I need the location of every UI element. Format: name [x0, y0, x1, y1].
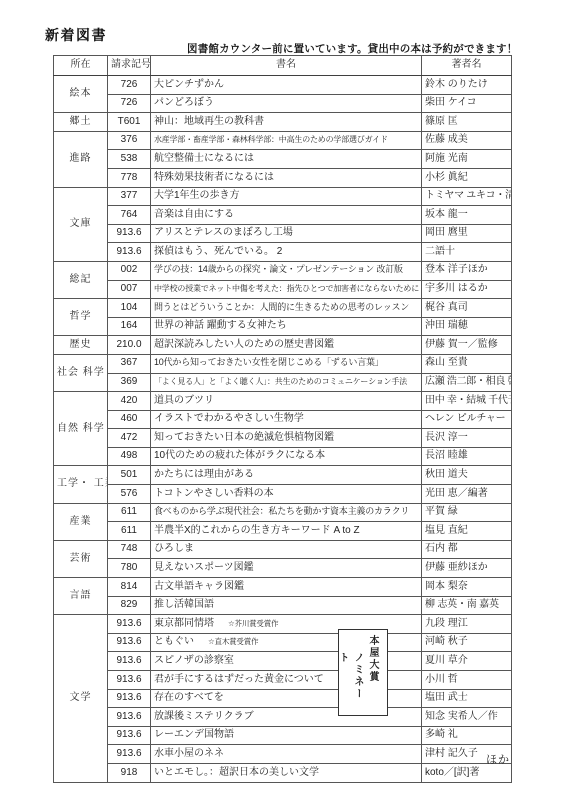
- table-row: 郷土T601神山：地域再生の教科書篠原 匡: [54, 113, 512, 132]
- table-row: 611半農半X的これからの生き方キーワード A to Z塩見 直紀: [54, 522, 512, 541]
- call-number-cell: 748: [108, 540, 151, 559]
- author-cell: 梶谷 真司: [422, 299, 512, 318]
- book-title-cell: レーエンデ国物語: [151, 726, 422, 745]
- book-title-text: 見えないスポーツ図鑑: [154, 562, 254, 573]
- author-cell: 長沢 淳一: [422, 429, 512, 448]
- category-cell: 絵本: [54, 76, 108, 113]
- book-title-text: 君が手にするはずだった黄金について: [154, 674, 324, 685]
- book-title-cell: 航空整備士になるには: [151, 150, 422, 169]
- table-row: 進路376水産学部・畜産学部・森林科学部：中高生のための学部選びガイド佐藤 成美: [54, 131, 512, 150]
- book-title-cell: 大学1年生の歩き方: [151, 187, 422, 206]
- book-title-text: 食べものから学ぶ現代社会：私たちを動かす資本主義のカラクリ: [154, 506, 409, 516]
- table-row: 総記002学びの技：14歳からの探究・論文・プレゼンテーション 改訂版登本 洋子…: [54, 261, 512, 280]
- author-cell: 秋田 道夫: [422, 466, 512, 485]
- book-title-cell: かたちには理由がある: [151, 466, 422, 485]
- book-title-text: 東京都同情塔: [154, 618, 214, 629]
- book-title-cell: 中学校の授業でネット中傷を考えた：指先ひとつで加害者にならないために: [151, 280, 422, 299]
- book-title-cell: 学びの技：14歳からの探究・論文・プレゼンテーション 改訂版: [151, 261, 422, 280]
- table-row: 460イラストでわかるやさしい生物学ヘレン ピルチャー: [54, 410, 512, 429]
- col-header-location: 所在: [54, 56, 108, 76]
- author-cell: 広瀬 浩二郎・相良 啓子: [422, 373, 512, 392]
- author-cell: 伊藤 亜紗ほか: [422, 559, 512, 578]
- book-title-text: ともぐい: [154, 636, 194, 647]
- book-title-text: レーエンデ国物語: [154, 729, 234, 740]
- table-row: 007中学校の授業でネット中傷を考えた：指先ひとつで加害者にならないために宇多川…: [54, 280, 512, 299]
- book-title-text: ひろしま: [154, 543, 194, 554]
- call-number-cell: 367: [108, 354, 151, 373]
- author-cell: 宇多川 はるか: [422, 280, 512, 299]
- book-title-text: 大ピンチずかん: [154, 79, 224, 90]
- book-title-text: 「よく見る人」と「よく聴く人」：共生のためのコミュニケーション手法: [154, 377, 407, 386]
- table-row: 576トコトンやさしい香料の本光田 恵／編著: [54, 485, 512, 504]
- book-title-cell: 問うとはどういうことか：人間的に生きるための思考のレッスン: [151, 299, 422, 318]
- author-cell: 伊藤 賀一／監修: [422, 336, 512, 355]
- table-row: 913.6ともぐい☆直木賞受賞作河崎 秋子: [54, 633, 512, 652]
- book-title-cell: 推し活韓国語: [151, 596, 422, 615]
- call-number-cell: 611: [108, 522, 151, 541]
- call-number-cell: 501: [108, 466, 151, 485]
- book-title-cell: 水車小屋のネネ: [151, 745, 422, 764]
- call-number-cell: 913.6: [108, 689, 151, 708]
- category-cell: 哲学: [54, 299, 108, 336]
- book-title-text: 推し活韓国語: [154, 599, 214, 610]
- book-title-cell: 食べものから学ぶ現代社会：私たちを動かす資本主義のカラクリ: [151, 503, 422, 522]
- category-cell: 文学: [54, 615, 108, 782]
- footer-note: ほか: [486, 751, 510, 767]
- table-row: 歴史210.0超訳深読みしたい人のための歴史書図鑑伊藤 賀一／監修: [54, 336, 512, 355]
- call-number-cell: 377: [108, 187, 151, 206]
- table-row: 913.6放課後ミステリクラブ知念 実希人／作: [54, 708, 512, 727]
- award-note-text: ☆直木賞受賞作: [208, 637, 258, 646]
- book-title-cell: 半農半X的これからの生き方キーワード A to Z: [151, 522, 422, 541]
- table-row: 自然 科学420道具のブツリ田中 幸・結城 千代子／文: [54, 392, 512, 411]
- call-number-cell: 420: [108, 392, 151, 411]
- book-title-text: 神山：地域再生の教科書: [154, 116, 264, 127]
- category-cell: 言語: [54, 578, 108, 615]
- book-title-cell: パンどろぼう: [151, 94, 422, 113]
- bookstore-award-callout: 本屋大賞 ノミネート: [338, 629, 388, 716]
- call-number-cell: 210.0: [108, 336, 151, 355]
- author-cell: 柳 志英・南 嘉英: [422, 596, 512, 615]
- table-row: 工学・ 工業501かたちには理由がある秋田 道夫: [54, 466, 512, 485]
- category-cell: 文庫: [54, 187, 108, 261]
- book-title-cell: いとエモし。：超訳日本の美しい文学: [151, 763, 422, 782]
- book-title-text: アリスとテレスのまぼろし工場: [154, 227, 293, 238]
- table-row: 164世界の神話 躍動する女神たち沖田 瑞穂: [54, 317, 512, 336]
- table-row: 文庫377大学1年生の歩き方トミヤマ ユキコ・清田 隆之: [54, 187, 512, 206]
- call-number-cell: T601: [108, 113, 151, 132]
- book-title-cell: 特殊効果技術者になるには: [151, 168, 422, 187]
- book-title-cell: 大ピンチずかん: [151, 76, 422, 95]
- author-cell: トミヤマ ユキコ・清田 隆之: [422, 187, 512, 206]
- table-row: 913.6水車小屋のネネ津村 記久子: [54, 745, 512, 764]
- table-row: 言語814古文単語キャラ図鑑岡本 梨奈: [54, 578, 512, 597]
- call-number-cell: 913.6: [108, 652, 151, 671]
- book-title-cell: 世界の神話 躍動する女神たち: [151, 317, 422, 336]
- table-header-row: 所在 請求記号 書名 著者名: [54, 56, 512, 76]
- book-title-text: 古文単語キャラ図鑑: [154, 581, 244, 592]
- call-number-cell: 913.6: [108, 708, 151, 727]
- call-number-cell: 918: [108, 763, 151, 782]
- table-row: 472知っておきたい日本の絶滅危惧植物図鑑長沢 淳一: [54, 429, 512, 448]
- book-title-text: トコトンやさしい香料の本: [154, 488, 274, 499]
- table-row: 芸術748ひろしま石内 都: [54, 540, 512, 559]
- call-number-cell: 829: [108, 596, 151, 615]
- book-title-cell: 超訳深読みしたい人のための歴史書図鑑: [151, 336, 422, 355]
- table-row: 780見えないスポーツ図鑑伊藤 亜紗ほか: [54, 559, 512, 578]
- call-number-cell: 104: [108, 299, 151, 318]
- author-cell: 知念 実希人／作: [422, 708, 512, 727]
- book-title-cell: アリスとテレスのまぼろし工場: [151, 224, 422, 243]
- book-title-text: 中学校の授業でネット中傷を考えた：指先ひとつで加害者にならないために: [154, 284, 419, 293]
- book-title-text: パンどろぼう: [154, 97, 214, 108]
- author-cell: 塩田 武士: [422, 689, 512, 708]
- col-header-author: 著者名: [422, 56, 512, 76]
- table-row: 913.6存在のすべてを塩田 武士: [54, 689, 512, 708]
- book-title-text: 10代から知っておきたい女性を閉じこめる「ずるい言葉」: [154, 357, 384, 367]
- author-cell: 石内 都: [422, 540, 512, 559]
- book-title-cell: 見えないスポーツ図鑑: [151, 559, 422, 578]
- table-row: 538航空整備士になるには阿施 光南: [54, 150, 512, 169]
- book-title-text: 放課後ミステリクラブ: [154, 711, 254, 722]
- category-cell: 自然 科学: [54, 392, 108, 466]
- author-cell: 夏川 草介: [422, 652, 512, 671]
- call-number-cell: 538: [108, 150, 151, 169]
- author-cell: 柴田 ケイコ: [422, 94, 512, 113]
- author-cell: 九段 理江: [422, 615, 512, 634]
- author-cell: 坂本 龍一: [422, 206, 512, 225]
- book-title-cell: 道具のブツリ: [151, 392, 422, 411]
- book-title-text: 道具のブツリ: [154, 395, 214, 406]
- table-row: 文学913.6東京都同情塔☆芥川賞受賞作九段 理江: [54, 615, 512, 634]
- author-cell: 森山 至貴: [422, 354, 512, 373]
- call-number-cell: 460: [108, 410, 151, 429]
- book-title-text: いとエモし。：超訳日本の美しい文学: [154, 767, 319, 778]
- call-number-cell: 472: [108, 429, 151, 448]
- book-title-text: 水産学部・畜産学部・森林科学部：中高生のための学部選びガイド: [154, 135, 388, 144]
- award-note-text: ☆芥川賞受賞作: [228, 619, 278, 628]
- call-number-cell: 764: [108, 206, 151, 225]
- book-title-cell: ひろしま: [151, 540, 422, 559]
- author-cell: 光田 恵／編著: [422, 485, 512, 504]
- book-title-text: 半農半X的これからの生き方キーワード A to Z: [154, 525, 360, 536]
- book-title-cell: 音楽は自由にする: [151, 206, 422, 225]
- award-callout-line1: 本屋大賞: [365, 635, 380, 710]
- author-cell: 小杉 眞紀: [422, 168, 512, 187]
- new-books-table: 所在 請求記号 書名 著者名 絵本726大ピンチずかん鈴木 のりたけ726パンど…: [53, 55, 512, 783]
- call-number-cell: 007: [108, 280, 151, 299]
- col-header-title: 書名: [151, 56, 422, 76]
- book-title-text: 超訳深読みしたい人のための歴史書図鑑: [154, 339, 334, 350]
- call-number-cell: 164: [108, 317, 151, 336]
- table-row: 社会 科学36710代から知っておきたい女性を閉じこめる「ずるい言葉」森山 至貴: [54, 354, 512, 373]
- call-number-cell: 913.6: [108, 224, 151, 243]
- author-cell: 長沼 睦雄: [422, 447, 512, 466]
- book-title-text: スピノザの診察室: [154, 655, 234, 666]
- author-cell: 鈴木 のりたけ: [422, 76, 512, 95]
- call-number-cell: 611: [108, 503, 151, 522]
- author-cell: 塩見 直紀: [422, 522, 512, 541]
- author-cell: 二語十: [422, 243, 512, 262]
- book-title-text: 世界の神話 躍動する女神たち: [154, 320, 287, 331]
- book-title-cell: 神山：地域再生の教科書: [151, 113, 422, 132]
- book-title-cell: 「よく見る人」と「よく聴く人」：共生のためのコミュニケーション手法: [151, 373, 422, 392]
- author-cell: ヘレン ピルチャー: [422, 410, 512, 429]
- call-number-cell: 780: [108, 559, 151, 578]
- table-row: 913.6スピノザの診察室夏川 草介: [54, 652, 512, 671]
- table-row: 726パンどろぼう柴田 ケイコ: [54, 94, 512, 113]
- book-title-text: 特殊効果技術者になるには: [154, 172, 274, 183]
- table-row: 913.6アリスとテレスのまぼろし工場岡田 麿里: [54, 224, 512, 243]
- book-title-text: 存在のすべてを: [154, 692, 224, 703]
- book-title-text: 音楽は自由にする: [154, 209, 234, 220]
- category-cell: 芸術: [54, 540, 108, 577]
- category-cell: 郷土: [54, 113, 108, 132]
- book-title-text: 探偵はもう、死んでいる。 2: [154, 246, 282, 257]
- book-title-cell: 知っておきたい日本の絶滅危惧植物図鑑: [151, 429, 422, 448]
- call-number-cell: 778: [108, 168, 151, 187]
- book-title-text: かたちには理由がある: [154, 469, 254, 480]
- category-cell: 進路: [54, 131, 108, 187]
- call-number-cell: 913.6: [108, 633, 151, 652]
- author-cell: 阿施 光南: [422, 150, 512, 169]
- table-row: 778特殊効果技術者になるには小杉 眞紀: [54, 168, 512, 187]
- author-cell: 登本 洋子ほか: [422, 261, 512, 280]
- call-number-cell: 002: [108, 261, 151, 280]
- call-number-cell: 913.6: [108, 671, 151, 690]
- table-row: 絵本726大ピンチずかん鈴木 のりたけ: [54, 76, 512, 95]
- book-title-cell: トコトンやさしい香料の本: [151, 485, 422, 504]
- book-title-text: 知っておきたい日本の絶滅危惧植物図鑑: [154, 432, 334, 443]
- page-subtitle: 図書館カウンター前に置いています。貸出中の本は予約ができます！: [187, 41, 517, 56]
- call-number-cell: 913.6: [108, 745, 151, 764]
- book-title-cell: イラストでわかるやさしい生物学: [151, 410, 422, 429]
- call-number-cell: 913.6: [108, 243, 151, 262]
- table-row: 913.6探偵はもう、死んでいる。 2二語十: [54, 243, 512, 262]
- call-number-cell: 498: [108, 447, 151, 466]
- author-cell: 平賀 緑: [422, 503, 512, 522]
- table-row: 哲学104問うとはどういうことか：人間的に生きるための思考のレッスン梶谷 真司: [54, 299, 512, 318]
- call-number-cell: 376: [108, 131, 151, 150]
- table-row: 913.6レーエンデ国物語多崎 礼: [54, 726, 512, 745]
- category-cell: 社会 科学: [54, 354, 108, 391]
- book-title-text: イラストでわかるやさしい生物学: [154, 413, 304, 424]
- table-row: 369「よく見る人」と「よく聴く人」：共生のためのコミュニケーション手法広瀬 浩…: [54, 373, 512, 392]
- call-number-cell: 726: [108, 94, 151, 113]
- table-row: 829推し活韓国語柳 志英・南 嘉英: [54, 596, 512, 615]
- book-title-text: 学びの技：14歳からの探究・論文・プレゼンテーション 改訂版: [154, 264, 403, 274]
- page-title: 新着図書: [45, 25, 107, 45]
- author-cell: 篠原 匡: [422, 113, 512, 132]
- call-number-cell: 369: [108, 373, 151, 392]
- table-row: 918いとエモし。：超訳日本の美しい文学koto／[訳]著: [54, 763, 512, 782]
- author-cell: 多崎 礼: [422, 726, 512, 745]
- call-number-cell: 814: [108, 578, 151, 597]
- award-callout-line2: ノミネート: [335, 635, 365, 710]
- table-row: 764音楽は自由にする坂本 龍一: [54, 206, 512, 225]
- book-title-text: 航空整備士になるには: [154, 153, 254, 164]
- call-number-cell: 913.6: [108, 726, 151, 745]
- table-row: 49810代のための疲れた体がラクになる本長沼 睦雄: [54, 447, 512, 466]
- call-number-cell: 726: [108, 76, 151, 95]
- author-cell: 沖田 瑞穂: [422, 317, 512, 336]
- book-title-text: 10代のための疲れた体がラクになる本: [154, 450, 325, 461]
- book-title-cell: 水産学部・畜産学部・森林科学部：中高生のための学部選びガイド: [151, 131, 422, 150]
- col-header-call-number: 請求記号: [108, 56, 151, 76]
- category-cell: 総記: [54, 261, 108, 298]
- table-row: 913.6君が手にするはずだった黄金について小川 哲: [54, 671, 512, 690]
- book-title-text: 大学1年生の歩き方: [154, 190, 240, 201]
- category-cell: 歴史: [54, 336, 108, 355]
- book-title-text: 水車小屋のネネ: [154, 748, 224, 759]
- book-title-cell: 古文単語キャラ図鑑: [151, 578, 422, 597]
- category-cell: 産業: [54, 503, 108, 540]
- book-title-cell: 10代から知っておきたい女性を閉じこめる「ずるい言葉」: [151, 354, 422, 373]
- author-cell: 河崎 秋子: [422, 633, 512, 652]
- table-row: 産業611食べものから学ぶ現代社会：私たちを動かす資本主義のカラクリ平賀 緑: [54, 503, 512, 522]
- call-number-cell: 913.6: [108, 615, 151, 634]
- book-title-cell: 10代のための疲れた体がラクになる本: [151, 447, 422, 466]
- author-cell: 岡本 梨奈: [422, 578, 512, 597]
- book-title-text: 問うとはどういうことか：人間的に生きるための思考のレッスン: [154, 302, 409, 312]
- call-number-cell: 576: [108, 485, 151, 504]
- author-cell: 小川 哲: [422, 671, 512, 690]
- author-cell: 岡田 麿里: [422, 224, 512, 243]
- category-cell: 工学・ 工業: [54, 466, 108, 503]
- author-cell: 佐藤 成美: [422, 131, 512, 150]
- author-cell: 田中 幸・結城 千代子／文: [422, 392, 512, 411]
- book-title-cell: 探偵はもう、死んでいる。 2: [151, 243, 422, 262]
